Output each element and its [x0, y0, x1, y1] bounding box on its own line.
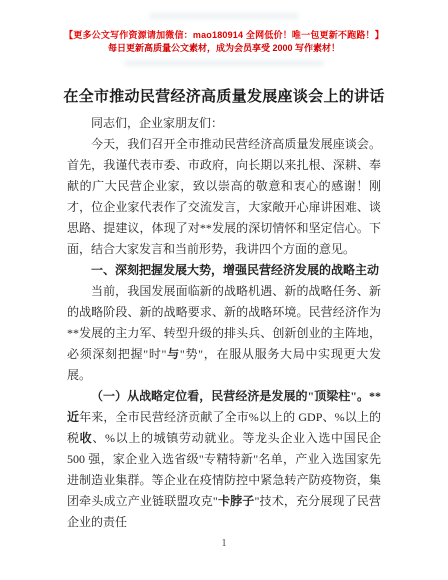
- text-run: 一、深刻把握发展大势，增强民营经济发展的战略主动: [91, 263, 379, 277]
- section-heading: 一、深刻把握发展大势，增强民营经济发展的战略主动: [67, 260, 381, 281]
- paragraph: （一）从战略定位看，民营经济是发展的"顶梁柱"。**近年来，全市民营经济贡献了全…: [67, 386, 381, 533]
- paragraph: 同志们，企业家朋友们：: [67, 113, 381, 134]
- page-number: 1: [0, 538, 448, 549]
- text-run: 卡脖子: [218, 494, 255, 508]
- text-run: 今天，我们召开全市推动民营经济高质量发展座谈会。首先，我谨代表市委、市政府，向长…: [67, 137, 381, 256]
- header-ad-line-2: 每日更新高质量公文素材，成为会员享受 2000 写作素材！: [0, 42, 448, 55]
- document-body: 同志们，企业家朋友们：今天，我们召开全市推动民营经济高质量发展座谈会。首先，我谨…: [67, 113, 381, 533]
- text-run: 收: [80, 431, 93, 445]
- document-title: 在全市推动民营经济高质量发展座谈会上的讲话: [58, 85, 390, 108]
- scan-artifact-top: [149, 13, 299, 19]
- header-ad-line-1: 【更多公文写作资源请加微信：mao180914 全网低价！唯一包更新不跑路！】: [0, 28, 448, 42]
- paragraph: 今天，我们召开全市推动民营经济高质量发展座谈会。首先，我谨代表市委、市政府，向长…: [67, 134, 381, 260]
- scan-artifact-mid: [124, 60, 324, 66]
- paragraph: 当前，我国发展面临新的战略机遇、新的战略任务、新的战略阶段、新的战略要求、新的战…: [67, 281, 381, 386]
- text-run: 同志们，企业家朋友们：: [91, 116, 223, 130]
- header-ad-block: 【更多公文写作资源请加微信：mao180914 全网低价！唯一包更新不跑路！】 …: [0, 0, 448, 55]
- text-run: 与: [166, 347, 179, 361]
- document-page: 【更多公文写作资源请加微信：mao180914 全网低价！唯一包更新不跑路！】 …: [0, 0, 448, 580]
